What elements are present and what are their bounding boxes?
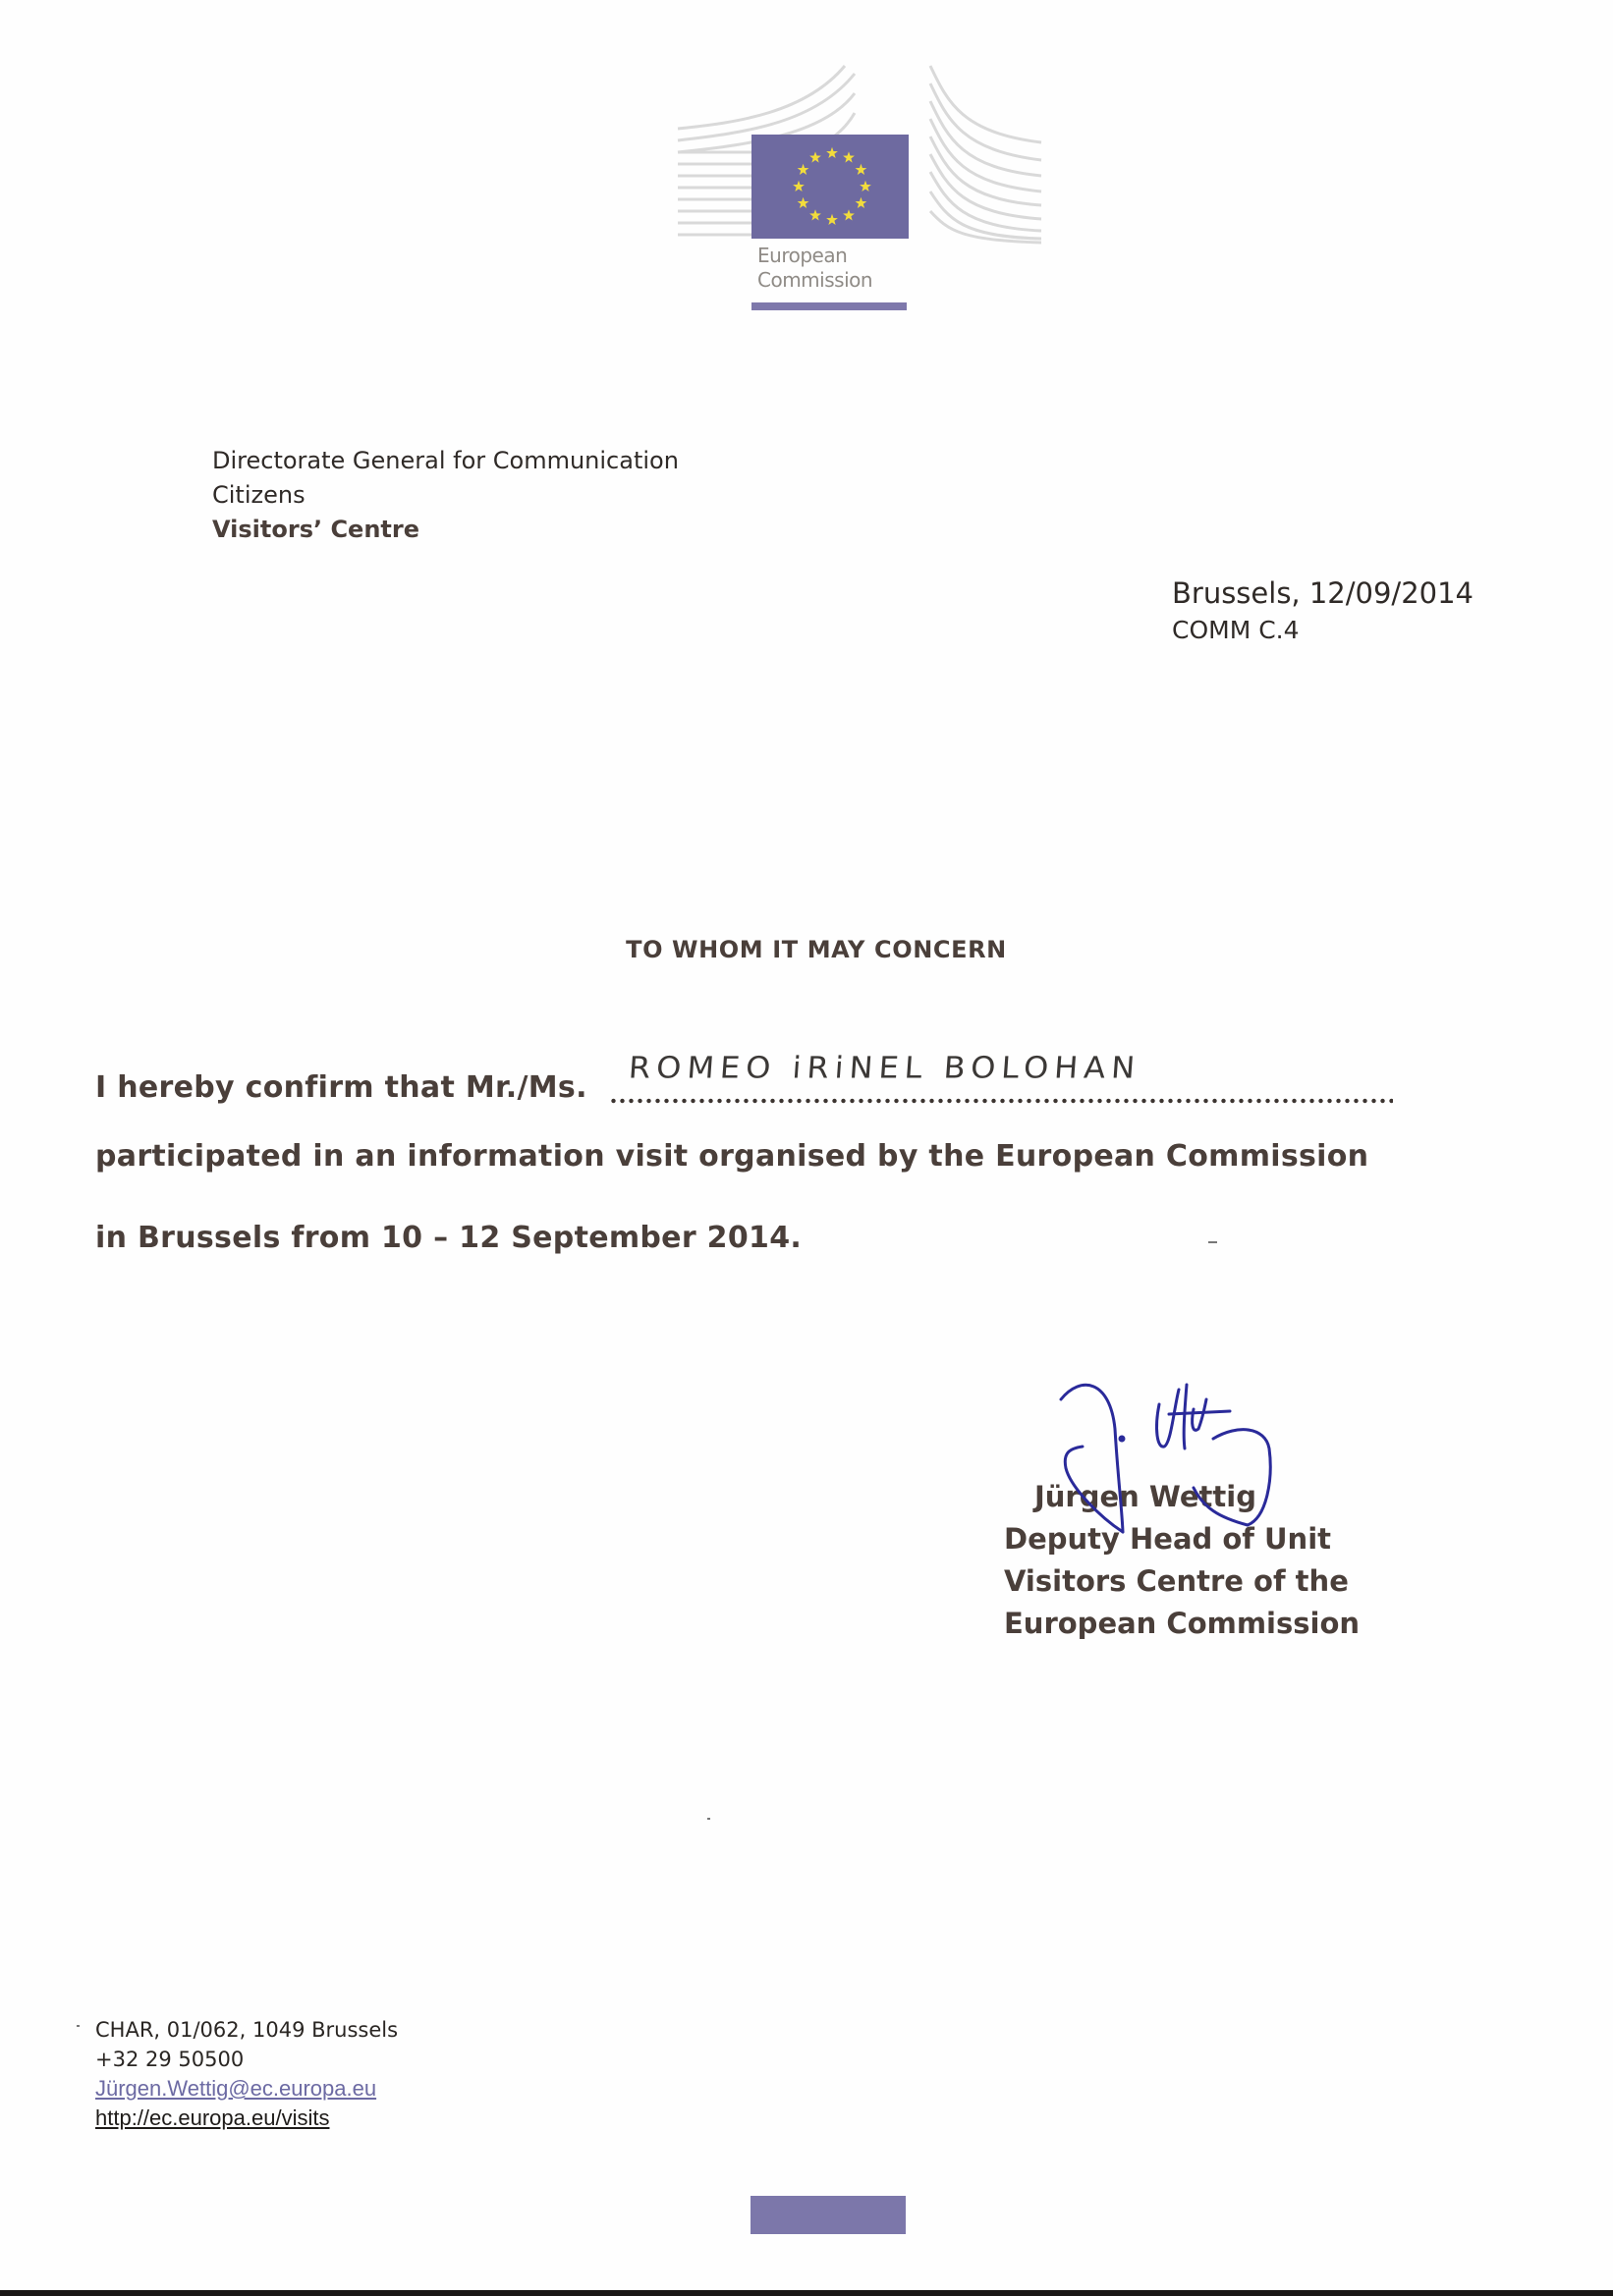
logo-line-2: Commission bbox=[757, 268, 872, 293]
place-date: Brussels, 12/09/2014 bbox=[1172, 574, 1474, 613]
logo-underline-bar bbox=[751, 302, 907, 310]
sender-unit: Visitors’ Centre bbox=[212, 513, 679, 547]
date-block: Brussels, 12/09/2014 COMM C.4 bbox=[1172, 574, 1474, 648]
website-link[interactable]: http://ec.europa.eu/visits bbox=[95, 2104, 398, 2133]
logo-line-1: European bbox=[757, 244, 872, 268]
scan-speck bbox=[707, 1818, 710, 1820]
reference-code: COMM C.4 bbox=[1172, 613, 1474, 648]
contact-email-link[interactable]: Jürgen.Wettig@ec.europa.eu bbox=[95, 2074, 398, 2104]
sender-block: Directorate General for Communication Ci… bbox=[212, 444, 679, 547]
scan-speck bbox=[77, 2025, 80, 2027]
scan-edge bbox=[0, 2290, 1613, 2296]
signatory-org-1: Visitors Centre of the bbox=[1004, 1560, 1360, 1603]
contact-block: CHAR, 01/062, 1049 Brussels +32 29 50500… bbox=[95, 2015, 398, 2133]
confirmation-line-1: I hereby confirm that Mr./Ms. bbox=[95, 1070, 587, 1105]
logo-wordmark: European Commission bbox=[757, 244, 872, 293]
name-fill-line bbox=[609, 1084, 1393, 1104]
confirmation-line-3: in Brussels from 10 – 12 September 2014. bbox=[95, 1221, 802, 1255]
contact-address: CHAR, 01/062, 1049 Brussels bbox=[95, 2015, 398, 2045]
footer-brand-bar bbox=[751, 2196, 906, 2234]
signatory-org-2: European Commission bbox=[1004, 1603, 1360, 1645]
participant-name-handwritten: ROMEO iRiNEL BOLOHAN bbox=[628, 1050, 1142, 1085]
contact-phone: +32 29 50500 bbox=[95, 2045, 398, 2074]
scan-speck bbox=[1208, 1241, 1217, 1243]
sender-directorate: Citizens bbox=[212, 478, 679, 513]
letter-heading: TO WHOM IT MAY CONCERN bbox=[0, 936, 1613, 963]
handwritten-signature-icon bbox=[1012, 1370, 1326, 1566]
sender-department: Directorate General for Communication bbox=[212, 444, 679, 478]
eu-flag-icon bbox=[751, 135, 909, 239]
confirmation-line-2: participated in an information visit org… bbox=[95, 1139, 1368, 1174]
